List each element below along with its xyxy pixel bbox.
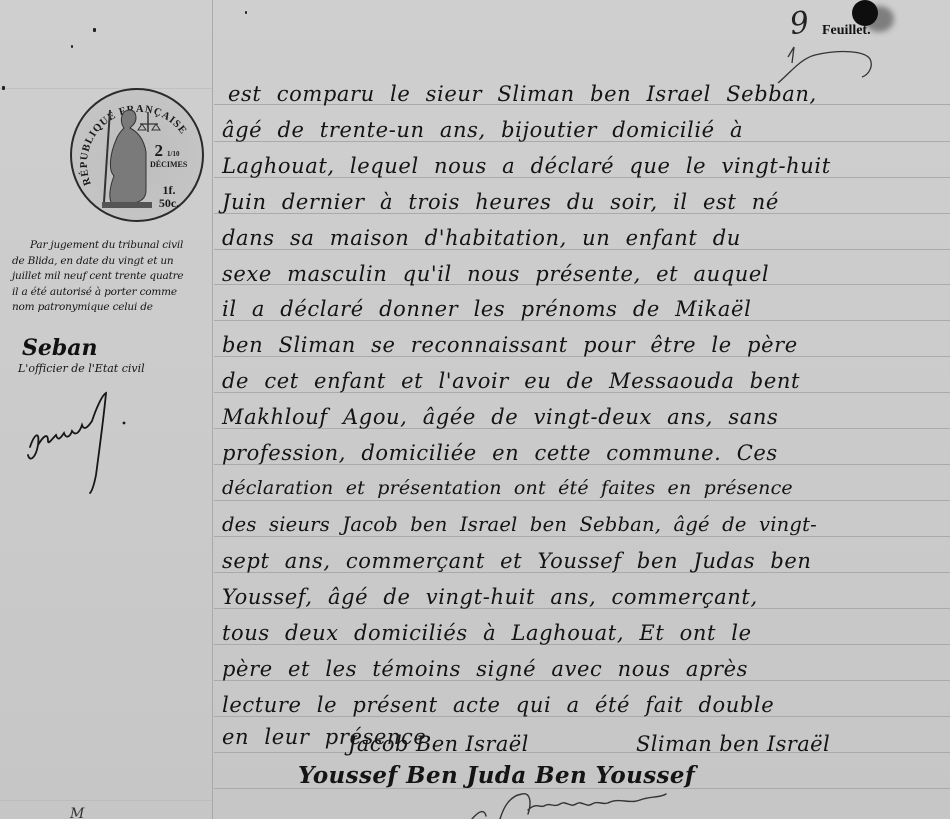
body-line: âgé de trente-un ans, bijoutier domicili… bbox=[222, 118, 940, 142]
body-line: père et les témoins signé avec nous aprè… bbox=[222, 657, 940, 681]
body-line: profession, domiciliée en cette commune.… bbox=[222, 441, 940, 465]
body-line: ben Sliman se reconnaissant pour être le… bbox=[222, 333, 940, 357]
body-line: dans sa maison d'habitation, un enfant d… bbox=[222, 226, 940, 250]
body-line: Laghouat, lequel nous a déclaré que le v… bbox=[222, 154, 940, 178]
witness-1-signature: Jacob Ben Israël bbox=[348, 732, 529, 756]
body-line: en leur présence bbox=[222, 725, 940, 749]
margin-rule bbox=[212, 0, 213, 819]
body-line: de cet enfant et l'avoir eu de Messaouda… bbox=[222, 369, 940, 393]
margin-note-line: nom patronymique celui de bbox=[12, 300, 217, 316]
margin-note-line: il a été autorisé à porter comme bbox=[12, 285, 217, 301]
marianne-justice-icon: RÉPUBLIQUE FRANÇAISE bbox=[72, 90, 206, 224]
body-line: sept ans, commerçant et Youssef ben Juda… bbox=[222, 549, 940, 573]
body-line: lecture le présent acte qui a été fait d… bbox=[222, 693, 940, 717]
body-line: des sieurs Jacob ben Israel ben Sebban, … bbox=[222, 513, 940, 536]
margin-surname: Seban bbox=[22, 335, 98, 361]
margin-officer-title: L'officier de l'Etat civil bbox=[18, 362, 145, 375]
father-signature: Sliman ben Israël bbox=[636, 732, 830, 756]
margin-annotation: Par jugement du tribunal civil de Blida,… bbox=[12, 238, 217, 316]
officer-signature-icon bbox=[22, 385, 132, 500]
body-line: il a déclaré donner les prénoms de Mikaë… bbox=[222, 297, 940, 321]
body-line: tous deux domiciliés à Laghouat, Et ont … bbox=[222, 621, 940, 645]
body-line: sexe masculin qu'il nous présente, et au… bbox=[222, 262, 940, 286]
stamp-price: 1f. 50c. bbox=[156, 184, 182, 209]
folio-number: 9 bbox=[788, 5, 812, 42]
registrar-signature-icon bbox=[470, 786, 700, 819]
witness-2-signature: Youssef Ben Juda Ben Youssef bbox=[298, 762, 695, 789]
stamp-value: 2 1/10 DÉCIMES bbox=[150, 142, 184, 169]
document-page: 9 Feuillet. RÉPUBLIQUE FRANÇAISE 2 1/10 … bbox=[0, 0, 950, 819]
body-line: Youssef, âgé de vingt-huit ans, commerça… bbox=[222, 585, 940, 609]
margin-note-line: de Blida, en date du vingt et un bbox=[12, 254, 217, 270]
fiscal-stamp: RÉPUBLIQUE FRANÇAISE 2 1/10 DÉCIMES 1f. … bbox=[70, 88, 204, 222]
body-line: est comparu le sieur Sliman ben Israel S… bbox=[228, 82, 946, 106]
folio-flourish-icon bbox=[770, 45, 890, 85]
body-line: Makhlouf Agou, âgée de vingt-deux ans, s… bbox=[222, 405, 940, 429]
margin-note-line: Par jugement du tribunal civil bbox=[12, 238, 217, 254]
body-line: Juin dernier à trois heures du soir, il … bbox=[222, 190, 940, 214]
margin-note-line: juillet mil neuf cent trente quatre bbox=[12, 269, 217, 285]
margin-bottom-fragment: M bbox=[70, 806, 84, 819]
body-line: déclaration et présentation ont été fait… bbox=[222, 477, 940, 499]
folio-label: Feuillet. bbox=[822, 23, 871, 39]
